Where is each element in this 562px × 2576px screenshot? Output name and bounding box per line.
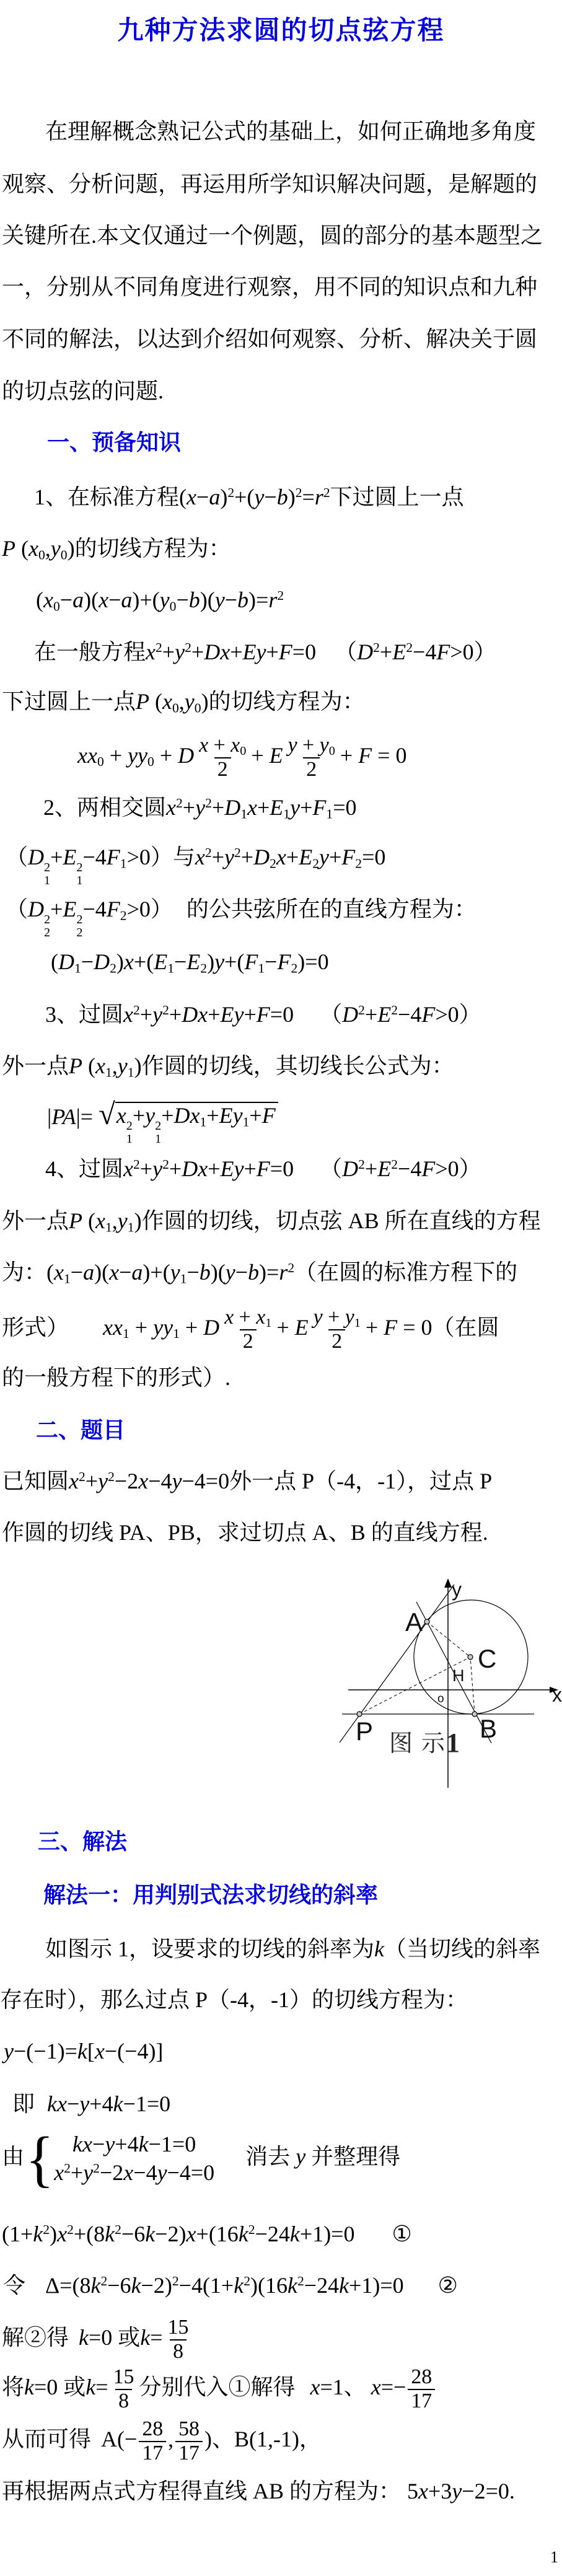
text-run: 外一点	[2, 1208, 69, 1233]
fraction-numerator: 58	[175, 2418, 203, 2441]
text-run: +	[208, 1002, 220, 1027]
text-run: 0	[329, 744, 335, 758]
text-run: −	[60, 587, 72, 612]
text-run: 1	[240, 806, 247, 821]
text-run: −4	[398, 1156, 421, 1181]
text-run: ）	[474, 640, 496, 664]
text-run: −(−4)]	[105, 2039, 164, 2064]
superscript: 2	[156, 640, 162, 655]
text-run: +	[154, 743, 178, 768]
sup-sub-stack: 22	[44, 913, 50, 939]
text-run: +1)=0	[349, 2273, 404, 2298]
text-run: )=	[259, 1260, 279, 1285]
text-run: +	[212, 795, 224, 820]
text-run: +3	[428, 2479, 452, 2503]
doc-line: 不同的解法，以达到介绍如何观察、分析、解决关于圆	[2, 327, 537, 351]
subscript: 1	[173, 1326, 180, 1341]
math-variable: D	[28, 897, 44, 921]
fraction: x + x12	[221, 1306, 274, 1353]
fraction-denominator: 17	[175, 2441, 203, 2465]
text-run: +	[234, 1306, 256, 1329]
math-variable: x	[95, 1053, 105, 1078]
doc-line: (D1−D2)x+(E1−E2)y+(F1−F2)=0	[51, 949, 329, 974]
doc-line: xx0 + yy0 + Dx + x02+ Ey + y02+ F = 0	[77, 734, 406, 781]
text-run: （	[335, 640, 357, 664]
text-run: 1	[243, 1114, 250, 1129]
math-variable: k	[24, 2375, 34, 2399]
math-variable: b	[200, 1260, 211, 1285]
doc-line: 在一般方程x2+y2+Dx+Ey+F=0（D2+E2−4F>0）	[34, 640, 496, 664]
subscript: 1	[74, 961, 81, 975]
math-variable: y	[51, 536, 61, 561]
text-run: )(	[211, 1260, 226, 1285]
math-variable: x	[224, 1306, 234, 1329]
text-run: −4	[148, 1469, 172, 1493]
superscript: 2	[391, 1003, 398, 1018]
doc-line: 4、过圆x2+y2+Dx+Ey+F=0（D2+E2−4F>0）	[45, 1156, 481, 1181]
math-variable: y	[234, 1002, 244, 1027]
superscript: 2	[133, 1003, 140, 1018]
math-variable: x	[310, 2375, 320, 2399]
section-heading: 三、解法	[38, 1829, 127, 1854]
text-run: (	[82, 1053, 95, 1078]
subscript: 1	[105, 1065, 112, 1079]
math-variable: y	[345, 1306, 354, 1329]
text-run: 即	[12, 2091, 35, 2116]
text-run: )	[134, 1053, 142, 1078]
text-run: −	[119, 1260, 131, 1285]
superscript: 2	[162, 1003, 169, 1018]
text-run: 的切线方程为：	[209, 689, 365, 714]
text-run: 解法一：用判别式法求切线的斜率	[43, 1882, 378, 1907]
doc-line: 将k=0 或k=158分别代入①解得x=1、x=−2817	[2, 2366, 437, 2412]
text-run: 17	[411, 2389, 432, 2412]
subscript: 2	[110, 961, 116, 975]
dashed-line-bc	[470, 1657, 475, 1714]
math-variable: y	[79, 2091, 89, 2116]
text-run: −	[174, 949, 187, 974]
text-run: +	[161, 1103, 173, 1128]
subscript: 2	[270, 856, 276, 871]
text-run: +	[208, 1156, 220, 1181]
subscript: 1	[64, 1271, 71, 1286]
text-run: 1	[180, 1271, 187, 1286]
math-variable: x	[138, 1469, 148, 1493]
text-run: = 0	[372, 743, 406, 768]
math-variable: y	[118, 1053, 128, 1078]
doc-line: (1+k2)x2+(8k2−6k−2)x+(16k2−24k+1)=0①	[2, 2222, 412, 2246]
math-variable: x	[116, 1103, 126, 1128]
superscript: 2	[227, 485, 234, 500]
math-variable: y	[83, 2160, 93, 2185]
math-variable: k	[113, 2091, 123, 2116]
subscript: 1	[326, 806, 333, 821]
math-variable: x	[95, 2039, 105, 2064]
text-run: =0	[292, 640, 316, 664]
superscript: 2	[100, 2274, 107, 2288]
subscript: 0	[195, 700, 201, 715]
text-run: −6	[107, 2273, 131, 2298]
text-run: 1	[326, 806, 333, 821]
math-variable: E	[221, 1156, 234, 1181]
math-variable: E	[392, 640, 406, 664]
subscript: 2	[312, 856, 319, 871]
math-variable: k	[145, 2222, 155, 2246]
math-variable: y	[105, 2132, 115, 2156]
text-run: 0	[61, 547, 68, 562]
document-page: 九种方法求圆的切点弦方程 在理解概念熟记公式的基础上，如何正确地多角度观察、分析…	[0, 0, 562, 2576]
math-variable: D	[224, 795, 240, 820]
text-run: 的一般方程下的形式）.	[2, 1365, 231, 1390]
math-variable: k	[77, 2039, 87, 2064]
square-root: √x21+y21+Dx1+Ey1+F	[99, 1102, 278, 1145]
math-variable: P	[69, 1053, 82, 1078]
text-run: )、B(1,-1)，	[204, 2427, 322, 2451]
subscript: 1	[120, 856, 127, 871]
text-run: 并整理得	[305, 2144, 400, 2169]
math-variable: F	[244, 949, 258, 974]
doc-line: (x0−a)(x−a)+(y0−b)(y−b)=r2	[36, 587, 284, 612]
math-variable: E	[63, 897, 76, 921]
point-a-marker	[424, 1619, 429, 1624]
subscript: 0	[53, 599, 60, 613]
text-run: −	[196, 485, 209, 509]
text-run: [	[87, 2039, 95, 2064]
text-run: 2	[67, 2222, 74, 2237]
text-run: 下过圆上一点	[2, 689, 136, 714]
text-run: )	[68, 536, 75, 561]
text-run: ）	[459, 1002, 481, 1027]
math-variable: xx	[77, 743, 97, 768]
math-variable: b	[277, 485, 288, 509]
fraction-denominator: 17	[139, 2441, 166, 2465]
text-run: 15	[168, 2316, 189, 2339]
subscript: 1	[128, 1065, 134, 1079]
math-variable: x	[187, 2222, 196, 2246]
fraction-numerator: 28	[139, 2418, 166, 2441]
doc-line: 已知圆x2+y2−2x−4y−4=0外一点 P（-4，-1），过点 P	[2, 1469, 492, 1493]
fraction-denominator: 2	[214, 757, 231, 781]
text-run: 2	[108, 1469, 115, 1484]
text-run: +	[169, 1002, 182, 1027]
text-run: +	[71, 2160, 83, 2185]
superscript: 2	[234, 845, 241, 860]
text-run: 在理解概念熟记公式的基础上，如何正确地多角度	[45, 119, 536, 144]
text-run: 作圆的切线 PA、PB，求过切点 A、B 的直线方程.	[2, 1520, 488, 1545]
text-run: 1	[123, 1326, 130, 1341]
math-variable: kx	[47, 2091, 67, 2116]
text-run: 15	[113, 2365, 134, 2388]
text-run: 作圆的切线，其切线长公式为：	[142, 1053, 454, 1078]
section-heading: 解法一：用判别式法求切线的斜率	[43, 1883, 378, 1907]
math-variable: D	[178, 743, 194, 768]
stack-sub: 1	[76, 874, 82, 887]
subscript: 0	[147, 754, 154, 769]
text-run: 如图示 1，设要求的切线的斜率为	[45, 1936, 374, 1961]
text-run: =0	[270, 1002, 294, 1027]
math-variable: y	[215, 587, 225, 612]
text-run: (	[15, 536, 29, 561]
math-variable: r	[315, 485, 323, 509]
text-run: 2	[243, 1330, 253, 1353]
figure-caption-number: 1	[446, 1728, 460, 1758]
subscript: 0	[172, 700, 179, 715]
text-run: 2	[234, 845, 241, 860]
math-variable: x	[187, 485, 196, 509]
math-variable: P	[69, 1208, 82, 1233]
math-variable: D	[94, 949, 110, 974]
superscript: 2	[296, 485, 302, 500]
text-run: 28	[411, 2365, 432, 2388]
math-variable: y	[290, 795, 300, 820]
label-p: P	[356, 1717, 373, 1746]
math-variable: x	[95, 1208, 105, 1233]
math-variable: yy	[153, 1315, 173, 1340]
superscript: 2	[244, 2274, 250, 2288]
superscript: 2	[64, 2161, 71, 2176]
text-run: 形式）	[2, 1315, 69, 1340]
math-variable: F	[107, 897, 120, 921]
subscript: 0	[61, 547, 68, 562]
text-run: 2	[323, 485, 330, 500]
math-variable: F	[312, 795, 326, 820]
math-variable: xx	[103, 1315, 123, 1340]
text-run: 0	[147, 754, 154, 769]
text-run: 2、两相交圆	[43, 795, 166, 820]
text-run: ,	[168, 2427, 173, 2451]
text-run: ②	[438, 2273, 458, 2298]
math-variable: x	[54, 1260, 64, 1285]
doc-line: 观察、分析问题，再运用所学知识解决问题，是解题的	[2, 172, 537, 196]
text-run: +	[365, 1156, 377, 1181]
stack-sub: 2	[76, 926, 82, 939]
fraction: x + x02	[196, 734, 249, 781]
fraction-denominator: 8	[170, 2339, 187, 2363]
math-variable: F	[279, 640, 292, 664]
fraction-numerator: y + y1	[310, 1306, 364, 1329]
text-run: +	[183, 795, 195, 820]
stack-sub: 1	[44, 874, 50, 887]
subscript: 2	[200, 961, 207, 975]
math-variable: k	[86, 2375, 95, 2399]
math-variable: y	[288, 734, 297, 757]
math-variable: x	[69, 1469, 79, 1493]
math-variable: y	[157, 2160, 167, 2185]
text-run: 从而可得	[2, 2427, 91, 2451]
fraction: y + y02	[285, 734, 338, 781]
math-variable: yy	[128, 743, 147, 768]
text-run: =0	[362, 845, 385, 869]
superscript: 2	[133, 1157, 140, 1172]
math-variable: k	[79, 2325, 89, 2350]
doc-line: 作圆的切线 PA、PB，求过切点 A、B 的直线方程.	[2, 1520, 488, 1545]
fraction: 5817	[175, 2418, 203, 2464]
text-run: −4	[82, 845, 106, 869]
superscript: 2	[373, 640, 380, 655]
text-run: ）	[459, 1156, 481, 1181]
text-run: 2	[79, 1469, 86, 1484]
superscript: 2	[205, 845, 212, 860]
doc-line: 1、在标准方程(x−a)2+(y−b)2=r2下过圆上一点	[34, 485, 464, 509]
text-run: 2	[172, 2274, 179, 2288]
math-variable: y	[320, 734, 329, 757]
text-run: 1	[200, 1114, 206, 1129]
text-run: −4=0	[167, 2160, 215, 2185]
text-run: −4	[413, 640, 436, 664]
text-run: 2	[217, 758, 228, 781]
text-run: )+(	[132, 587, 159, 612]
superscript: 2	[248, 2222, 255, 2237]
superscript: 2	[108, 1469, 115, 1484]
text-run: 外一点 P（-4，-1），过点 P	[229, 1469, 492, 1493]
text-run: )	[201, 689, 209, 714]
text-run: −	[81, 949, 94, 974]
text-run: 三、解法	[38, 1829, 127, 1854]
math-variable: b	[237, 587, 248, 612]
text-run: = 0	[397, 1315, 432, 1340]
math-variable: D	[182, 1002, 198, 1027]
text-run: +	[180, 1315, 203, 1340]
stack-sup: 2	[126, 1120, 133, 1133]
text-run: +	[86, 1469, 98, 1493]
text-run: 2	[115, 2222, 121, 2237]
text-run: （在圆	[432, 1315, 499, 1340]
math-variable: x	[418, 2479, 428, 2503]
math-variable: x	[124, 949, 134, 974]
doc-line: y−(−1)=k[x−(−4)]	[4, 2039, 163, 2064]
math-variable: F	[358, 743, 372, 768]
fraction: 158	[110, 2366, 138, 2412]
text-run: +	[365, 1002, 377, 1027]
superscript: 2	[43, 2222, 50, 2237]
text-run: )	[134, 1208, 142, 1233]
text-run: 的切线方程为：	[75, 536, 231, 561]
text-run: +	[266, 640, 278, 664]
text-run: 2	[391, 1003, 398, 1018]
math-variable: x	[29, 536, 38, 561]
superscript: 2	[176, 796, 183, 811]
text-run: −1=0	[123, 2091, 171, 2116]
math-variable: F	[421, 1156, 435, 1181]
text-run: +	[241, 845, 253, 869]
text-run: +	[208, 734, 231, 757]
text-run: 0	[172, 700, 179, 715]
text-run: 0	[240, 744, 246, 758]
text-run: −4	[398, 1002, 421, 1027]
text-run: +	[169, 1156, 182, 1181]
section-heading: 一、预备知识	[47, 430, 181, 455]
text-run: (	[179, 485, 187, 509]
math-variable: y	[234, 1156, 244, 1181]
fraction-numerator: 15	[165, 2316, 192, 2339]
math-variable: k	[131, 2273, 141, 2298]
doc-line: 再根据两点式方程得直线 AB 的方程为：5x+3y−2=0.	[2, 2479, 515, 2503]
math-variable: y	[160, 587, 170, 612]
text-run: +	[50, 845, 63, 869]
text-run: −24	[304, 2273, 339, 2298]
doc-line: 在理解概念熟记公式的基础上，如何正确地多角度	[45, 119, 536, 144]
text-run: 1	[283, 806, 290, 821]
text-run: 2	[133, 1003, 140, 1018]
document-title: 九种方法求圆的切点弦方程	[0, 10, 562, 47]
stack-sup: 2	[44, 913, 50, 926]
math-variable: D	[203, 1315, 219, 1340]
text-run: 8	[173, 2340, 183, 2363]
doc-line: 一，分别从不同角度进行观察，用不同的知识点和九种	[2, 275, 537, 299]
math-variable: x	[220, 640, 230, 664]
doc-line: 外一点P (x1,y1)作圆的切线，其切线长公式为：	[2, 1053, 454, 1078]
math-variable: x	[54, 2160, 64, 2185]
text-run: =	[302, 485, 315, 509]
subscript: 1	[180, 1271, 187, 1286]
math-variable: PA	[51, 1104, 76, 1129]
math-variable: x	[57, 2222, 67, 2246]
superscript: 2	[93, 2161, 100, 2176]
text-run: ,	[179, 689, 185, 714]
y-axis-arrow-icon	[444, 1578, 452, 1588]
text-run: 1、在标准方程	[34, 485, 179, 509]
math-variable: a	[209, 485, 220, 509]
doc-line: 令Δ=(8k2−6k−2)2−4(1+k2)(16k2−24k+1)=0②	[3, 2273, 458, 2298]
text-run: =0 或	[89, 2325, 140, 2350]
point-c-marker	[468, 1655, 473, 1659]
doc-line: |PA|= √x21+y21+Dx1+Ey1+F	[47, 1102, 278, 1145]
text-run: （当切线的斜率	[384, 1936, 540, 1961]
text-run: −	[67, 2091, 79, 2116]
text-run: −2)	[141, 2273, 172, 2298]
text-run: +	[366, 1315, 384, 1340]
text-run: −2	[100, 2160, 123, 2185]
text-run: +	[276, 1315, 294, 1340]
text-run: 存在时），那么过点 P（-4，-1）的切线方程为：	[0, 1987, 468, 2012]
doc-line: 解②得k=0 或k=158	[2, 2316, 193, 2363]
text-run: +(	[224, 949, 244, 974]
text-run: −	[176, 587, 188, 612]
fraction-numerator: x + x1	[221, 1306, 274, 1329]
text-run: 2	[270, 856, 276, 871]
superscript: 2	[162, 1157, 169, 1172]
text-run: 2	[291, 961, 297, 975]
text-run: 将	[2, 2375, 24, 2399]
superscript: 2	[205, 796, 212, 811]
text-run: +	[50, 897, 63, 921]
text-run: 5	[407, 2479, 418, 2503]
text-run: +	[212, 845, 224, 869]
text-run: 2	[205, 796, 212, 811]
math-variable: E	[377, 1002, 391, 1027]
doc-line: P (x0,y0)的切线方程为：	[2, 536, 231, 561]
text-run: 分别代入①解得	[139, 2375, 295, 2399]
math-variable: x	[123, 2160, 133, 2185]
math-variable: k	[33, 2222, 43, 2246]
text-run: +	[191, 640, 204, 664]
text-run: 2	[406, 640, 413, 655]
stack-sup: 2	[44, 861, 50, 874]
subscript: 1	[240, 806, 247, 821]
label-h: H	[452, 1666, 465, 1685]
math-variable: r	[279, 1260, 288, 1285]
text-run: +(8	[74, 2222, 105, 2246]
math-variable: y	[170, 1260, 180, 1285]
text-run: 17	[178, 2442, 200, 2464]
text-run: −	[71, 1260, 83, 1285]
text-run: (1+	[2, 2222, 33, 2246]
math-variable: x	[43, 587, 53, 612]
text-run: 58	[178, 2417, 200, 2440]
math-variable: a	[131, 1260, 143, 1285]
text-run: 1	[265, 1316, 271, 1330]
text-run: >0	[450, 640, 473, 664]
